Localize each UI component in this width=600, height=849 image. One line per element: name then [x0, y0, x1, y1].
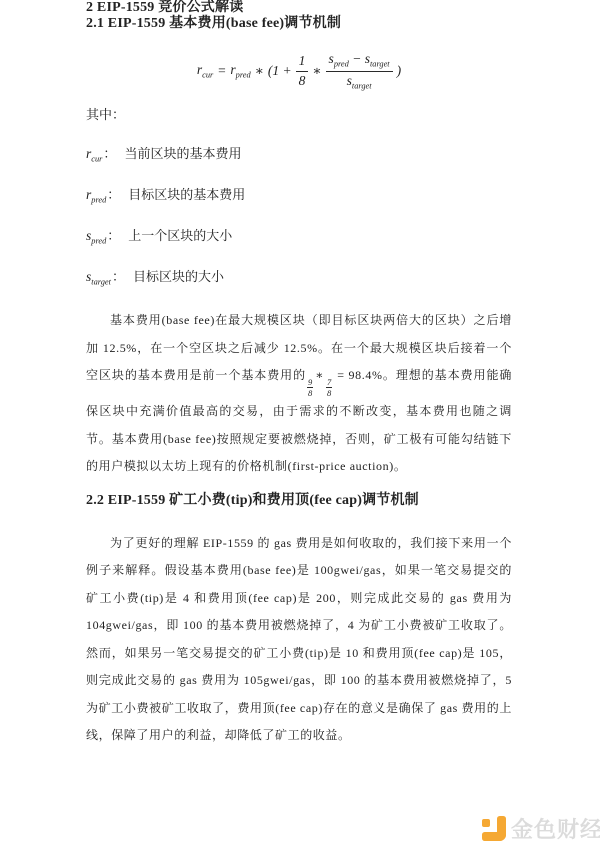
formula-fraction-size-ratio: spred − starget starget — [326, 51, 393, 90]
formula-equals: = — [217, 63, 226, 79]
where-label: 其中： — [86, 107, 512, 123]
section-heading-2-1: 2.1 EIP-1559 基本费用(base fee)调节机制 — [86, 16, 512, 32]
term-symbol: spred — [86, 228, 106, 246]
section-heading-2-2: 2.2 EIP-1559 矿工小费(tip)和费用顶(fee cap)调节机制 — [86, 493, 512, 509]
paragraph-base-fee-adjustment: 基本费用(base fee)在最大规模区块（即目标区块两倍大的区块）之后增加 1… — [86, 307, 512, 481]
formula-multiply: ∗ — [255, 63, 264, 79]
section-heading-2: 2 EIP-1559 竞价公式解读 — [86, 0, 512, 16]
term-definition-r-cur: rcur ： 当前区块的基本费用 — [86, 146, 512, 164]
inline-fraction-seven-eighths: 78 — [326, 377, 332, 398]
term-description: 上一个区块的大小 — [128, 228, 232, 244]
formula-multiply-2: ∗ — [312, 63, 321, 79]
inline-fraction-nine-eighths: 98 — [307, 377, 313, 398]
term-definition-r-pred: rpred ： 目标区块的基本费用 — [86, 187, 512, 205]
document-content: 2 EIP-1559 竞价公式解读 2.1 EIP-1559 基本费用(base… — [86, 0, 512, 762]
term-definition-s-pred: spred ： 上一个区块的大小 — [86, 228, 512, 246]
term-symbol: starget — [86, 269, 111, 287]
formula-paren-close: ) — [397, 63, 402, 79]
term-description: 当前区块的基本费用 — [124, 146, 241, 162]
term-description: 目标区块的大小 — [133, 269, 224, 285]
paragraph-tip-fee-cap-example: 为了更好的理解 EIP-1559 的 gas 费用是如何收取的，我们接下来用一个… — [86, 530, 512, 750]
watermark-text: 金色财经 — [511, 813, 600, 844]
jinse-logo-icon — [482, 816, 506, 841]
formula-rhs-base: rpred — [230, 62, 250, 80]
base-fee-formula: rcur = rpred ∗ (1 + 1 8 ∗ spred − starge… — [86, 49, 512, 93]
formula-lhs: rcur — [197, 62, 213, 80]
term-definition-s-target: starget ： 目标区块的大小 — [86, 269, 512, 287]
inline-fraction-result: = 98.4% — [337, 368, 382, 382]
term-description: 目标区块的基本费用 — [128, 187, 245, 203]
jinse-finance-watermark: 金色财经 — [482, 813, 600, 844]
term-symbol: rpred — [86, 187, 106, 205]
term-symbol: rcur — [86, 146, 102, 164]
formula-paren-open: (1 + — [268, 63, 292, 79]
formula-fraction-one-eighth: 1 8 — [296, 53, 309, 90]
document-page: 2 EIP-1559 竞价公式解读 2.1 EIP-1559 基本费用(base… — [0, 0, 600, 849]
